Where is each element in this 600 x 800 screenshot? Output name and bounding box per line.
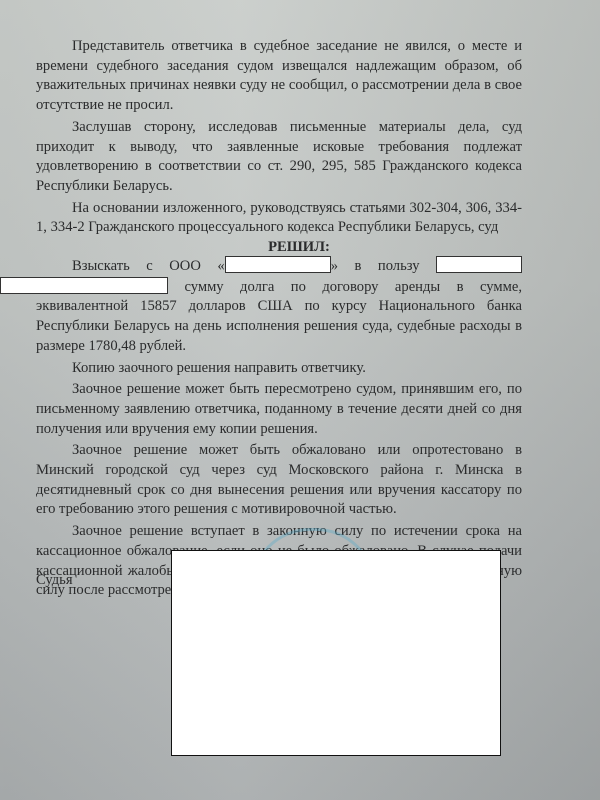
paragraph-court-conclusion: Заслушав сторону, исследовав письменные … [36, 118, 522, 197]
paragraph-review: Заочное решение может быть пересмотрено … [36, 380, 522, 439]
redacted-plaintiff-name-part2 [0, 277, 168, 294]
ruling-prefix: Взыскать с ООО « [72, 258, 225, 274]
paragraph-defendant-absence: Представитель ответчика в судебное засед… [36, 37, 522, 116]
ruling-mid: » в пользу [331, 258, 420, 274]
paragraph-ruling: Взыскать с ООО «» в пользу сумму долга п… [36, 256, 522, 357]
document-page: Представитель ответчика в судебное засед… [36, 37, 522, 601]
redacted-company-name [225, 256, 331, 273]
decision-heading: РЕШИЛ: [36, 238, 522, 256]
paragraph-appeal: Заочное решение может быть обжаловано ил… [36, 441, 522, 520]
redacted-plaintiff-name-part1 [436, 256, 522, 273]
paragraph-copy-to-defendant: Копию заочного решения направить ответчи… [36, 359, 522, 379]
judge-label: Судья [36, 572, 73, 589]
paragraph-legal-basis: На основании изложенного, руководствуясь… [36, 199, 522, 238]
redacted-signature-block [171, 550, 501, 756]
